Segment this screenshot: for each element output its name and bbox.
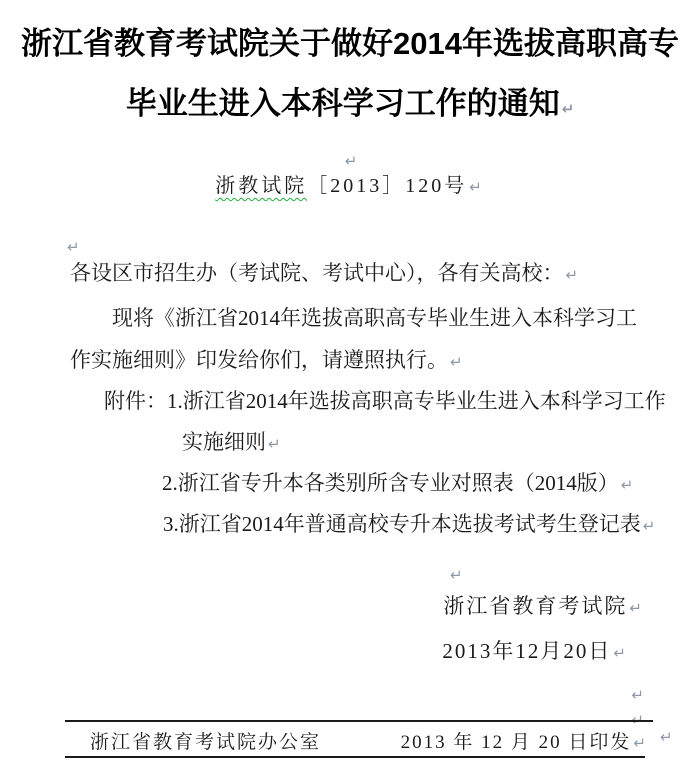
attachment-text: 附件：1.浙江省2014年选拔高职高专毕业生进入本科学习工作	[104, 389, 666, 413]
paragraph-mark-icon: ↵	[658, 728, 673, 746]
paragraph-mark-icon: ↵	[611, 644, 628, 662]
paragraph-mark-icon: ↵	[641, 517, 656, 535]
doc-number-value: ［2013］120号	[307, 175, 467, 197]
notice-document-page: 浙江省教育考试院关于做好2014年选拔高职高专 毕业生进入本科学习工作的通知↵ …	[0, 0, 700, 769]
salutation-line: 各设区市招生办（考试院、考试中心），各有关高校：↵	[70, 260, 578, 288]
paragraph-mark-icon: ↵	[266, 435, 281, 453]
paragraph-mark-icon: ↵	[467, 178, 485, 196]
paragraph-mark-icon: ↵	[627, 599, 644, 617]
body-text: 作实施细则》印发给你们，请遵照执行。	[70, 348, 448, 372]
footer-print-date-line: 2013 年 12 月 20 日印发↵	[0, 730, 700, 756]
signature-date-line: 2013年12月20日↵	[0, 638, 700, 666]
attachment-item-1-line-1: 附件：1.浙江省2014年选拔高职高专毕业生进入本科学习工作	[104, 388, 666, 414]
body-paragraph-line-2: 作实施细则》印发给你们，请遵照执行。↵	[70, 347, 463, 375]
empty-paragraph: ↵	[658, 722, 673, 750]
salutation-text: 各设区市招生办（考试院、考试中心），各有关高校：	[70, 261, 564, 285]
attachment-text: 实施细则	[182, 430, 266, 454]
paragraph-mark-icon: ↵	[343, 152, 358, 170]
document-title-line-2: 毕业生进入本科学习工作的通知↵	[0, 86, 700, 127]
empty-paragraph: ↵	[448, 560, 463, 588]
empty-paragraph: ↵	[0, 680, 700, 708]
paragraph-mark-icon: ↵	[65, 238, 80, 256]
body-paragraph-line-1: 现将《浙江省2014年选拔高职高专毕业生进入本科学习工	[112, 305, 637, 331]
paragraph-mark-icon: ↵	[631, 734, 648, 752]
paragraph-mark-icon: ↵	[564, 266, 579, 284]
doc-number-line: 浙教试院［2013］120号↵	[0, 173, 700, 200]
attachment-text: 3.浙江省2014年普通高校专升本选拔考试考生登记表	[163, 512, 641, 536]
empty-paragraph: ↵	[0, 146, 700, 174]
attachment-item-2: 2.浙江省专升本各类别所含专业对照表（2014版）↵	[162, 470, 633, 498]
attachment-item-1-line-2: 实施细则↵	[182, 429, 281, 457]
doc-number-issuer: 浙教试院	[215, 175, 307, 197]
footer-divider-top	[65, 720, 653, 722]
footer-print-date: 2013 年 12 月 20 日印发	[401, 732, 632, 753]
title-text-1: 浙江省教育考试院关于做好2014年选拔高职高专	[21, 26, 679, 61]
body-text: 现将《浙江省2014年选拔高职高专毕业生进入本科学习工	[112, 306, 637, 330]
signature-org: 浙江省教育考试院	[443, 594, 627, 618]
empty-paragraph: ↵	[65, 232, 80, 260]
title-text-2: 毕业生进入本科学习工作的通知	[126, 86, 560, 121]
footer-divider-bottom	[65, 756, 645, 758]
paragraph-mark-icon: ↵	[448, 566, 463, 584]
paragraph-mark-icon: ↵	[629, 686, 644, 704]
signature-date: 2013年12月20日	[442, 639, 611, 663]
attachment-item-3: 3.浙江省2014年普通高校专升本选拔考试考生登记表↵	[163, 511, 655, 539]
empty-paragraph: ↵	[0, 705, 700, 733]
signature-org-line: 浙江省教育考试院↵	[0, 593, 700, 621]
attachment-text: 2.浙江省专升本各类别所含专业对照表（2014版）	[162, 471, 619, 495]
paragraph-mark-icon: ↵	[560, 100, 575, 118]
paragraph-mark-icon: ↵	[448, 353, 463, 371]
paragraph-mark-icon: ↵	[619, 476, 634, 494]
document-title-line-1: 浙江省教育考试院关于做好2014年选拔高职高专	[0, 26, 700, 62]
